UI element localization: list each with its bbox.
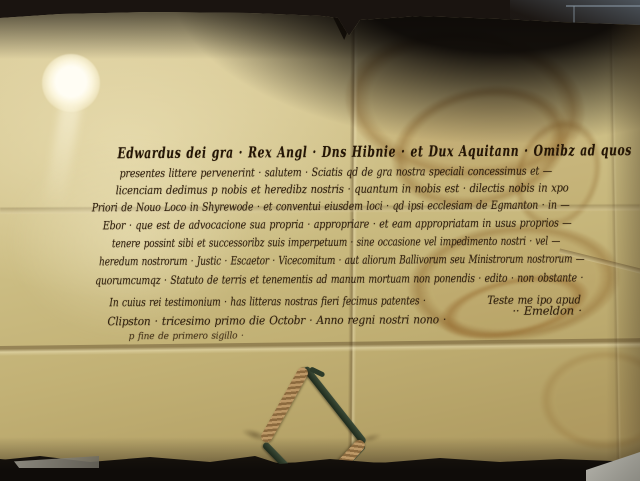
manuscript-line: quorumcumqz · Statuto de terris et tenem… [95, 270, 583, 287]
manuscript-line: presentes littere pervenerint · salutem … [120, 164, 553, 181]
photo-of-medieval-charter: Edwardus dei gra · Rex Angl · Dns Hibnie… [0, 0, 640, 481]
manuscript-text-block: Edwardus dei gra · Rex Angl · Dns Hibnie… [0, 0, 640, 481]
endorsement-note: p fine de primero sigillo · [129, 330, 244, 342]
manuscript-line: Priori de Nouo Loco in Shyrewode · et co… [92, 197, 570, 214]
manuscript-line: heredum nostrorum · Justic · Escaetor · … [99, 251, 584, 268]
manuscript-dating-clause: Clipston · tricesimo primo die Octobr · … [107, 312, 446, 328]
clerk-signature: ·· Emeldon · [512, 303, 581, 317]
manuscript-line: tenere possint sibi et successoribz suis… [112, 234, 560, 251]
manuscript-line-royal-title: Edwardus dei gra · Rex Angl · Dns Hibnie… [117, 141, 632, 162]
manuscript-line: licenciam dedimus p nobis et heredibz no… [116, 180, 569, 197]
manuscript-line-testimonium: In cuius rei testimonium · has litteras … [109, 293, 425, 309]
manuscript-line: Ebor · que est de advocacione sua propri… [103, 215, 572, 232]
